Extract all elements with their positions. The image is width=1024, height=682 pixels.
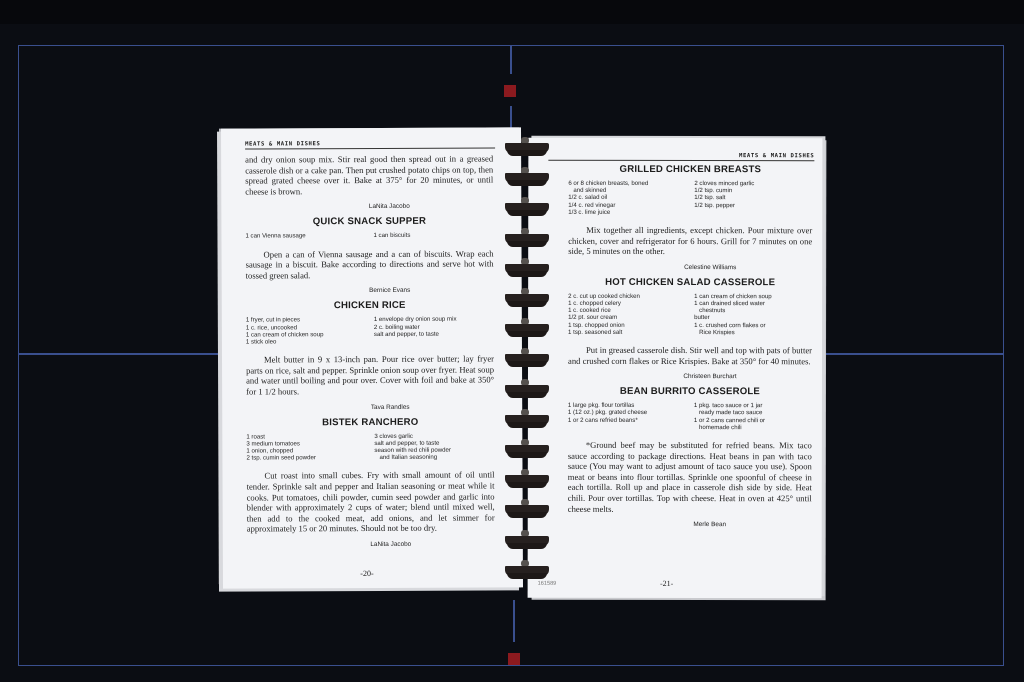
ingredient-item: ready made taco sauce bbox=[694, 409, 812, 416]
ingredient-column: 6 or 8 chicken breasts, boned and skinne… bbox=[568, 180, 686, 216]
page-number: -20- bbox=[217, 568, 517, 578]
spiral-coil bbox=[505, 536, 551, 553]
spiral-coil bbox=[505, 324, 551, 341]
ingredient-item: 1/2 c. salad oil bbox=[568, 194, 686, 201]
recipe-directions: Cut roast into small cubes. Fry with sma… bbox=[246, 470, 494, 535]
coil-loop bbox=[505, 566, 549, 576]
coil-loop bbox=[505, 505, 549, 515]
recipe-title: HOT CHICKEN SALAD CASSEROLE bbox=[568, 277, 812, 288]
page-number: -21- bbox=[520, 579, 814, 589]
spiral-coil bbox=[505, 203, 551, 220]
recipe-directions: Mix together all ingredients, except chi… bbox=[568, 225, 812, 257]
recipe-title: BISTEK RANCHERO bbox=[246, 416, 494, 428]
ingredient-item: 1/3 c. lime juice bbox=[568, 209, 686, 216]
spiral-coil bbox=[505, 566, 551, 583]
ingredient-item: 1 or 2 cans refried beans* bbox=[568, 416, 686, 423]
ingredient-column: 3 cloves garlicsalt and pepper, to taste… bbox=[366, 432, 494, 461]
recipe-directions: Put in greased casserole dish. Stir well… bbox=[568, 345, 812, 367]
ingredient-item: salt and pepper, to taste bbox=[374, 330, 494, 338]
recipe-contributor: LaNita Jacobo bbox=[287, 540, 495, 548]
coil-loop bbox=[505, 294, 549, 304]
center-guide-bottom bbox=[513, 600, 515, 642]
recipe-contributor: Celestine Williams bbox=[608, 264, 812, 271]
recipe-contributor: Bernice Evans bbox=[286, 287, 494, 295]
coil-loop bbox=[505, 536, 549, 546]
registration-mark-top bbox=[504, 85, 516, 97]
ingredient-column: 1 fryer, cut in pieces1 c. rice, uncooke… bbox=[246, 316, 366, 345]
ingredient-list: 1 roast3 medium tomatoes1 onion, chopped… bbox=[246, 432, 494, 462]
running-head: MEATS & MAIN DISHES bbox=[245, 140, 495, 149]
coil-loop bbox=[505, 445, 549, 455]
page-content: and dry onion soup mix. Stir real good t… bbox=[245, 153, 495, 554]
spiral-coil bbox=[505, 264, 551, 281]
ingredient-item: Rice Krispies bbox=[694, 329, 812, 336]
center-guide-top bbox=[510, 46, 512, 74]
recipe-directions: Melt butter in 9 x 13-inch pan. Pour ric… bbox=[246, 354, 494, 397]
ingredient-item: 1 or 2 cans canned chili or bbox=[694, 417, 812, 424]
ingredient-column: 1 envelope dry onion soup mix2 c. boilin… bbox=[366, 316, 494, 345]
spiral-coil bbox=[505, 294, 551, 311]
recipe-contributor: Tava Randles bbox=[286, 403, 494, 411]
spiral-coil bbox=[505, 475, 551, 492]
right-page: MEATS & MAIN DISHES GRILLED CHICKEN BREA… bbox=[528, 138, 823, 599]
recipe-title: CHICKEN RICE bbox=[246, 300, 494, 312]
registration-mark-bottom bbox=[508, 653, 520, 665]
ingredient-column: 2 c. cut up cooked chicken1 c. chopped c… bbox=[568, 293, 686, 336]
recipe-contributor: Merle Bean bbox=[608, 521, 812, 528]
ingredient-column: 1 can Vienna sausage bbox=[245, 232, 365, 240]
ingredient-item: chestnuts bbox=[694, 307, 812, 314]
coil-loop bbox=[505, 475, 549, 485]
ingredient-item: 1 can Vienna sausage bbox=[245, 232, 365, 240]
spiral-coil bbox=[505, 505, 551, 522]
ingredient-list: 2 c. cut up cooked chicken1 c. chopped c… bbox=[568, 293, 812, 337]
page-content: GRILLED CHICKEN BREASTS6 or 8 chicken br… bbox=[568, 162, 813, 535]
coil-loop bbox=[505, 264, 549, 274]
coil-loop bbox=[505, 415, 549, 425]
horizontal-guide-right bbox=[822, 353, 1004, 355]
ingredient-item: and Italian seasoning bbox=[374, 454, 494, 462]
recipe-title: QUICK SNACK SUPPER bbox=[245, 216, 493, 228]
scanner-top-band bbox=[0, 0, 1024, 24]
ingredient-item: 1/2 tsp. pepper bbox=[694, 202, 812, 209]
ingredient-column: 1 pkg. taco sauce or 1 jar ready made ta… bbox=[686, 402, 812, 431]
horizontal-guide-left bbox=[19, 353, 219, 355]
recipe-contributor: LaNita Jacobo bbox=[285, 203, 493, 211]
recipe-contributor: Christeen Burchart bbox=[608, 373, 812, 380]
coil-loop bbox=[505, 385, 549, 395]
spiral-coil bbox=[505, 173, 551, 190]
coil-loop bbox=[505, 203, 549, 213]
ingredient-column: 1 large pkg. flour tortillas1 (12 oz.) p… bbox=[568, 402, 686, 431]
ingredient-column: 1 can biscuits bbox=[365, 232, 493, 240]
coil-loop bbox=[505, 234, 549, 244]
coil-loop bbox=[505, 354, 549, 364]
recipe-title: BEAN BURRITO CASSEROLE bbox=[568, 386, 812, 397]
ingredient-item: 2 tsp. cumin seed powder bbox=[246, 454, 366, 462]
ingredient-item: 1 stick oleo bbox=[246, 338, 366, 346]
ingredient-item: 1 (12 oz.) pkg. grated cheese bbox=[568, 409, 686, 416]
spiral-coil bbox=[505, 143, 551, 160]
spiral-coil bbox=[505, 385, 551, 402]
ingredient-item: 1 tsp. seasoned salt bbox=[568, 329, 686, 336]
ingredient-item: 1 c. crushed corn flakes or bbox=[694, 322, 812, 329]
spiral-coil bbox=[505, 415, 551, 432]
left-page: MEATS & MAIN DISHES and dry onion soup m… bbox=[221, 127, 523, 588]
ingredient-item: homemade chili bbox=[694, 424, 812, 431]
spiral-coil bbox=[505, 354, 551, 371]
ingredient-list: 1 can Vienna sausage1 can biscuits bbox=[245, 232, 493, 240]
spiral-coil bbox=[505, 234, 551, 251]
ingredient-column: 1 can cream of chicken soup1 can drained… bbox=[686, 293, 812, 336]
coil-loop bbox=[505, 324, 549, 334]
running-head: MEATS & MAIN DISHES bbox=[548, 153, 814, 161]
spiral-coil bbox=[505, 445, 551, 462]
recipe-directions: *Ground beef may be substituted for refr… bbox=[568, 440, 812, 515]
ingredient-item: 1/4 c. red vinegar bbox=[568, 201, 686, 208]
ingredient-list: 1 large pkg. flour tortillas1 (12 oz.) p… bbox=[568, 402, 812, 431]
ingredient-column: 1 roast3 medium tomatoes1 onion, chopped… bbox=[246, 433, 366, 462]
ingredient-item: 1/2 pt. sour cream bbox=[568, 314, 686, 321]
coil-loop bbox=[505, 173, 549, 183]
ingredient-list: 6 or 8 chicken breasts, boned and skinne… bbox=[568, 180, 812, 216]
ingredient-item: 1 tsp. chopped onion bbox=[568, 321, 686, 328]
spiral-binding bbox=[505, 143, 553, 593]
ingredient-item: 1/2 tsp. salt bbox=[694, 194, 812, 201]
recipe-directions: and dry onion soup mix. Stir real good t… bbox=[245, 153, 493, 196]
ingredient-item: 1 can biscuits bbox=[373, 232, 493, 240]
coil-loop bbox=[505, 143, 549, 153]
recipe-title: GRILLED CHICKEN BREASTS bbox=[568, 164, 812, 175]
ingredient-list: 1 fryer, cut in pieces1 c. rice, uncooke… bbox=[246, 316, 494, 346]
recipe-directions: Open a can of Vienna sausage and a can o… bbox=[246, 248, 494, 281]
ingredient-column: 2 cloves minced garlic1/2 tsp. cumin1/2 … bbox=[686, 180, 812, 216]
